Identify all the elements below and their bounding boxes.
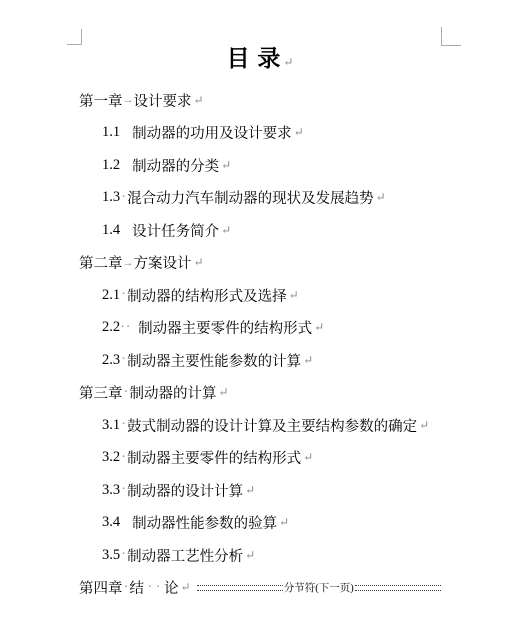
- tab-mark-icon: →: [123, 94, 134, 106]
- paragraph-mark-icon: ↵: [221, 223, 231, 238]
- toc-title: 混合动力汽车制动器的现状及发展趋势: [127, 187, 374, 208]
- toc-title: 设计要求: [134, 90, 192, 111]
- space-mark: · ·: [144, 580, 164, 596]
- toc-row: 3.4 制动器性能参数的验算 ↵: [79, 507, 441, 540]
- paragraph-mark-icon: ↵: [419, 418, 429, 433]
- space-mark: ·: [120, 482, 127, 498]
- toc-title: 制动器的计算: [130, 382, 217, 403]
- page-title: 目 录↵: [79, 44, 441, 74]
- toc-number: 第四章: [79, 577, 123, 598]
- toc-number: 第二章: [79, 252, 123, 273]
- toc-row-chapter1: 第一章 → 设计要求 ↵: [79, 84, 441, 117]
- toc-row-chapter3: 第三章 · 制动器的计算 ↵: [79, 377, 441, 410]
- toc-title: 鼓式制动器的设计计算及主要结构参数的确定: [127, 415, 417, 436]
- paragraph-mark-icon: ↵: [245, 483, 255, 498]
- space-mark: ·: [123, 385, 130, 401]
- paragraph-mark-icon: ↵: [194, 93, 204, 108]
- toc-title: 结: [130, 577, 145, 598]
- toc-row: 1.1 制动器的功用及设计要求 ↵: [79, 117, 441, 150]
- paragraph-mark-icon: ↵: [245, 548, 255, 563]
- toc-title: 制动器的功用及设计要求: [132, 122, 292, 143]
- toc-number: 3.5: [102, 547, 120, 564]
- paragraph-mark-icon: ↵: [221, 158, 231, 173]
- margin-crop-mark-left: [67, 29, 82, 45]
- section-break: 分节符(下一页): [197, 580, 441, 595]
- space-mark: ·: [120, 450, 127, 466]
- toc-number: 3.4: [102, 514, 120, 531]
- toc-title: 制动器主要性能参数的计算: [127, 350, 301, 371]
- paragraph-mark-icon: ↵: [294, 125, 304, 140]
- space-mark: ·: [123, 580, 130, 596]
- paragraph-mark-icon: ↵: [314, 320, 324, 335]
- margin-crop-mark-right: [441, 27, 461, 46]
- paragraph-mark-icon: ↵: [376, 190, 386, 205]
- toc-row: 1.4 设计任务简介 ↵: [79, 214, 441, 247]
- toc-row: 2.2 ·· 制动器主要零件的结构形式 ↵: [79, 312, 441, 345]
- toc-title: 制动器主要零件的结构形式: [127, 447, 301, 468]
- toc-number: 1.2: [102, 157, 120, 174]
- space-mark: ·: [120, 190, 127, 206]
- toc-row-chapter4: 第四章 · 结 · · 论 ↵ 分节符(下一页): [79, 572, 441, 605]
- page-title-text: 目 录: [227, 46, 282, 71]
- toc-number: 1.1: [102, 124, 120, 141]
- toc-number: 2.2: [102, 319, 120, 336]
- toc-number: 2.3: [102, 352, 120, 369]
- toc-number: 1.4: [102, 222, 120, 239]
- toc-title: 制动器工艺性分析: [127, 545, 243, 566]
- paragraph-mark-icon: ↵: [219, 385, 229, 400]
- toc-title: 制动器的设计计算: [127, 480, 243, 501]
- toc-number: 3.3: [102, 482, 120, 499]
- paragraph-mark-icon: ↵: [303, 450, 313, 465]
- toc-title: 制动器性能参数的验算: [132, 512, 277, 533]
- space-mark: ··: [120, 320, 138, 336]
- toc-number: 3.2: [102, 449, 120, 466]
- toc-row: 1.2 制动器的分类 ↵: [79, 149, 441, 182]
- paragraph-mark-icon: ↵: [283, 55, 293, 69]
- toc-row: 2.1 · 制动器的结构形式及选择 ↵: [79, 279, 441, 312]
- space-mark: ·: [120, 417, 127, 433]
- toc-number: 第一章: [79, 90, 123, 111]
- toc-title: 制动器主要零件的结构形式: [138, 317, 312, 338]
- paragraph-mark-icon: ↵: [303, 353, 313, 368]
- paragraph-mark-icon: ↵: [181, 580, 191, 595]
- toc-number: 2.1: [102, 287, 120, 304]
- toc-title: 制动器的分类: [132, 155, 219, 176]
- toc-title: 制动器的结构形式及选择: [127, 285, 287, 306]
- space-mark: ·: [120, 547, 127, 563]
- toc-title: 方案设计: [134, 252, 192, 273]
- section-break-label: 分节符(下一页): [283, 580, 355, 595]
- section-break-line: [355, 585, 441, 591]
- paragraph-mark-icon: ↵: [194, 255, 204, 270]
- toc-row-chapter2: 第二章 → 方案设计 ↵: [79, 247, 441, 280]
- toc-row: 2.3 · 制动器主要性能参数的计算 ↵: [79, 344, 441, 377]
- toc-row: 3.5 · 制动器工艺性分析 ↵: [79, 539, 441, 572]
- toc-row: 3.2 · 制动器主要零件的结构形式 ↵: [79, 442, 441, 475]
- paragraph-mark-icon: ↵: [279, 515, 289, 530]
- toc-row: 1.3 · 混合动力汽车制动器的现状及发展趋势 ↵: [79, 182, 441, 215]
- toc-title: 设计任务简介: [132, 220, 219, 241]
- toc-row: 3.1 · 鼓式制动器的设计计算及主要结构参数的确定 ↵: [79, 409, 441, 442]
- toc-row: 3.3 · 制动器的设计计算 ↵: [79, 474, 441, 507]
- space-mark: ·: [120, 287, 127, 303]
- toc-number: 3.1: [102, 417, 120, 434]
- paragraph-mark-icon: ↵: [289, 288, 299, 303]
- toc-number: 1.3: [102, 189, 120, 206]
- toc-title: 论: [164, 577, 179, 598]
- section-break-line: [197, 585, 283, 591]
- toc-number: 第三章: [79, 382, 123, 403]
- document-page: 目 录↵ 第一章 → 设计要求 ↵ 1.1 制动器的功用及设计要求 ↵ 1.2 …: [0, 44, 524, 604]
- table-of-contents: 第一章 → 设计要求 ↵ 1.1 制动器的功用及设计要求 ↵ 1.2 制动器的分…: [79, 84, 441, 604]
- space-mark: ·: [120, 352, 127, 368]
- tab-mark-icon: →: [123, 257, 134, 269]
